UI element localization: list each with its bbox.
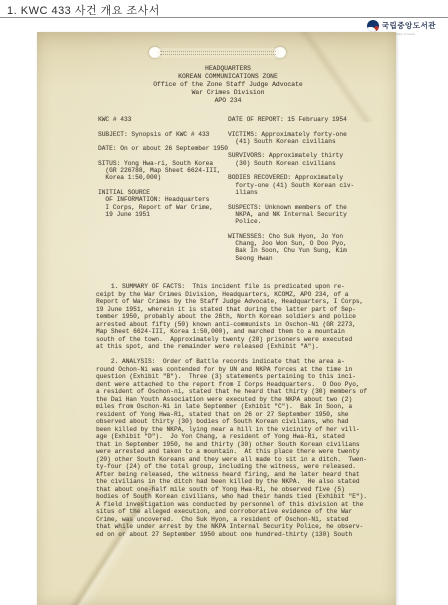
page-title: 1. KWC 433 사건 개요 조사서 [7,2,160,18]
faded-stamp-line [160,54,276,55]
faded-stamp [157,48,279,58]
library-logo-icon [367,20,379,32]
scanned-document: HEADQUARTERS KOREAN COMMUNICATIONS ZONE … [37,32,396,605]
case-info-left-column: KWC # 433 SUBJECT: Synopsis of KWC # 433… [98,116,228,218]
header-divider [0,17,448,18]
case-info-right-column: DATE OF REPORT: 15 February 1954 VICTIMS… [228,116,354,262]
faded-stamp-line [160,51,276,52]
punch-hole-right-icon [274,47,286,58]
analysis-paragraph: 2. ANALYSIS: Order of Battle records ind… [96,358,384,538]
document-letterhead: HEADQUARTERS KOREAN COMMUNICATIONS ZONE … [77,65,379,105]
page: 1. KWC 433 사건 개요 조사서 국립중앙도서관 National Li… [0,0,448,605]
summary-of-facts-paragraph: 1. SUMMARY OF FACTS: This incident file … [96,283,384,351]
library-name-korean: 국립중앙도서관 [382,20,436,31]
